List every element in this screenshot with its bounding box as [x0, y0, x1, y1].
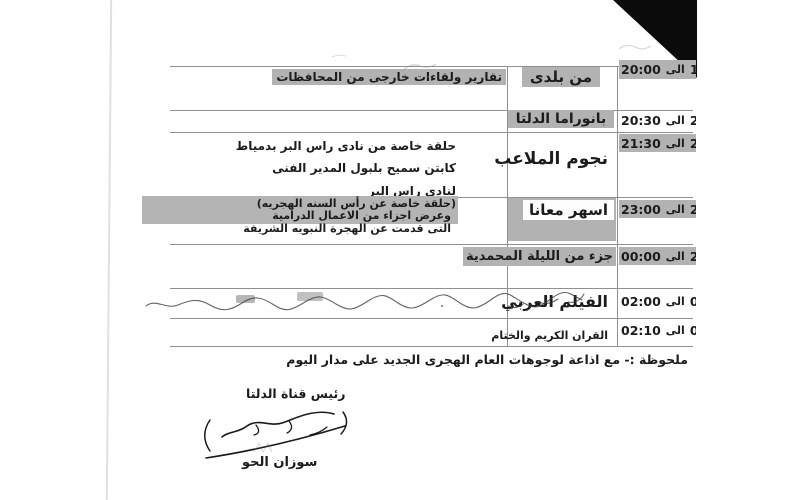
time-range: 23:00 الى 21: [619, 200, 696, 218]
program-title-text: القران الكريم والختام [483, 328, 616, 343]
time-range: 00:00 الى 23 [619, 247, 696, 265]
time-word: الى [666, 324, 685, 337]
time-to: 20:30 [621, 113, 661, 128]
program-title-text: بانوراما الدلتا [508, 110, 615, 128]
time-from: 00: [690, 294, 696, 309]
time-to: 02:10 [621, 323, 661, 338]
time-from: 23 [690, 249, 696, 264]
time-range: 02:00 الى 00: [619, 292, 696, 310]
pencil-mark [330, 52, 348, 60]
program-title-text: من بلدى [522, 67, 600, 87]
time-range: 20:30 الى 20: [619, 111, 696, 129]
time-word: الى [666, 295, 685, 308]
time-word: الى [666, 114, 685, 127]
program-title: بانوراما الدلتا [506, 110, 616, 128]
time-range: 21:30 الى 20: [619, 134, 696, 152]
pencil-mark [398, 56, 444, 82]
time-from: 02 [690, 323, 696, 338]
chief-title: رئيس قناة الدلتا [246, 386, 345, 401]
program-desc: التى قدمت عن الهجرة النبويه الشريفة [243, 222, 451, 235]
program-title: القران الكريم والختام [506, 328, 616, 343]
program-title: جزء من الليلة المحمدية [506, 247, 616, 266]
time-to: 20:00 [621, 62, 661, 77]
time-to: 00:00 [621, 249, 661, 264]
program-desc: وعرض اجزاء من الاعمال الدرامية [272, 209, 451, 222]
program-title-text: جزء من الليلة المحمدية [463, 247, 616, 266]
program-desc: تقارير ولقاءات خارجى من المحافظات [272, 69, 506, 85]
pencil-mark [616, 39, 654, 54]
table-line [170, 132, 693, 133]
table-line [617, 66, 618, 346]
schedule-note: ملحوظة :- مع اذاعة لوجوهات العام الهجرى … [286, 352, 688, 367]
time-range: 20:00 الى 19: [619, 60, 696, 79]
program-desc: كابتن سميح بلبول المدير الفنى [272, 161, 456, 175]
table-line [170, 346, 693, 347]
scanned-schedule-page: 20:00 الى 19: 20:30 الى 20: 21:30 الى 20… [0, 0, 800, 500]
time-from: 20: [690, 113, 696, 128]
program-title-highlight-block: اسهر معانا [508, 198, 616, 241]
time-to: 23:00 [621, 202, 661, 217]
time-from: 19: [690, 62, 696, 77]
time-word: الى [666, 250, 685, 263]
time-from: 20: [690, 136, 696, 151]
time-to: 21:30 [621, 136, 661, 151]
program-title-text: اسهر معانا [523, 200, 614, 220]
table-line [170, 244, 693, 245]
time-range: 02:10 الى 02 [619, 321, 696, 339]
time-to: 02:00 [621, 294, 661, 309]
program-title: من بلدى [506, 67, 616, 87]
handwritten-note [140, 285, 598, 319]
signer-name: سوزان الحو [242, 455, 317, 470]
time-word: الى [666, 203, 685, 216]
program-title-text: نجوم الملاعب [486, 148, 616, 170]
page-left-edge [106, 0, 112, 500]
time-from: 21: [690, 202, 696, 217]
program-desc: حلقة خاصة من نادى راس البر بدمياط [236, 139, 456, 153]
time-word: الى [666, 63, 685, 76]
program-title: نجوم الملاعب [506, 148, 616, 170]
time-word: الى [666, 137, 685, 150]
